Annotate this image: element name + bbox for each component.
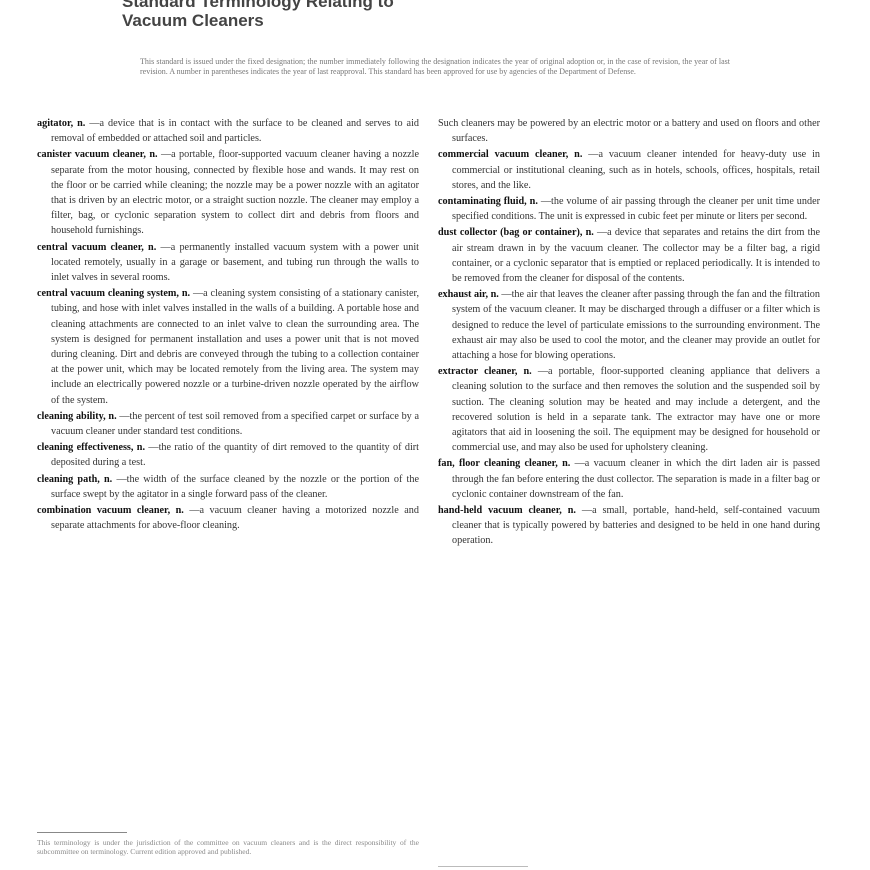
glossary-entry: commercial vacuum cleaner, n. —a vacuum … — [438, 147, 820, 193]
glossary-entry: cleaning path, n. —the width of the surf… — [37, 472, 419, 502]
glossary-entry-continued: Such cleaners may be powered by an elect… — [438, 116, 820, 146]
glossary-entry: fan, floor cleaning cleaner, n. —a vacuu… — [438, 456, 820, 502]
glossary-term: agitator, n. — [37, 118, 85, 129]
abstract: This standard is issued under the fixed … — [140, 57, 730, 77]
title-line-2: Vacuum Cleaners — [122, 11, 542, 30]
glossary-term: combination vacuum cleaner, n. — [37, 505, 184, 516]
glossary-definition: —a portable, floor-supported cleaning ap… — [452, 366, 820, 453]
glossary-term: central vacuum cleaner, n. — [37, 242, 156, 253]
document-title: Standard Terminology Relating to Vacuum … — [122, 0, 542, 30]
footnote-divider — [37, 832, 127, 833]
glossary-entry: central vacuum cleaning system, n. —a cl… — [37, 286, 419, 408]
glossary-definition: —the air that leaves the cleaner after p… — [452, 289, 820, 361]
glossary-entry: dust collector (bag or container), n. —a… — [438, 225, 820, 286]
glossary-entry: cleaning ability, n. —the percent of tes… — [37, 409, 419, 439]
glossary-entry: extractor cleaner, n. —a portable, floor… — [438, 364, 820, 455]
glossary-entry: hand-held vacuum cleaner, n. —a small, p… — [438, 503, 820, 549]
glossary-entry: cleaning effectiveness, n. —the ratio of… — [37, 440, 419, 470]
glossary-definition: —a device that is in contact with the su… — [51, 118, 419, 144]
footnote-divider-right — [438, 866, 528, 867]
glossary-term: commercial vacuum cleaner, n. — [438, 149, 582, 160]
glossary-term: cleaning path, n. — [37, 474, 112, 485]
glossary-entry: agitator, n. —a device that is in contac… — [37, 116, 419, 146]
glossary-term: extractor cleaner, n. — [438, 366, 532, 377]
glossary-term: central vacuum cleaning system, n. — [37, 288, 190, 299]
glossary-term: cleaning effectiveness, n. — [37, 442, 145, 453]
footnote: This terminology is under the jurisdicti… — [37, 838, 419, 856]
glossary-term: hand-held vacuum cleaner, n. — [438, 505, 576, 516]
glossary-term: exhaust air, n. — [438, 289, 499, 300]
glossary-term: fan, floor cleaning cleaner, n. — [438, 458, 570, 469]
glossary-entry: canister vacuum cleaner, n. —a portable,… — [37, 147, 419, 238]
glossary-definition: —a cleaning system consisting of a stati… — [51, 288, 419, 405]
glossary-definition: Such cleaners may be powered by an elect… — [438, 118, 820, 144]
glossary-term: contaminating fluid, n. — [438, 196, 538, 207]
glossary-entry: combination vacuum cleaner, n. —a vacuum… — [37, 503, 419, 533]
glossary-entry: contaminating fluid, n. —the volume of a… — [438, 194, 820, 224]
glossary-term: dust collector (bag or container), n. — [438, 227, 594, 238]
glossary-entry: central vacuum cleaner, n. —a permanentl… — [37, 240, 419, 286]
glossary-entry: exhaust air, n. —the air that leaves the… — [438, 287, 820, 363]
glossary-definition: —a portable, floor-supported vacuum clea… — [51, 149, 419, 236]
glossary-term: canister vacuum cleaner, n. — [37, 149, 158, 160]
left-column: agitator, n. —a device that is in contac… — [37, 116, 419, 534]
right-column: Such cleaners may be powered by an elect… — [438, 116, 820, 550]
glossary-term: cleaning ability, n. — [37, 411, 117, 422]
title-line-1: Standard Terminology Relating to — [122, 0, 542, 11]
